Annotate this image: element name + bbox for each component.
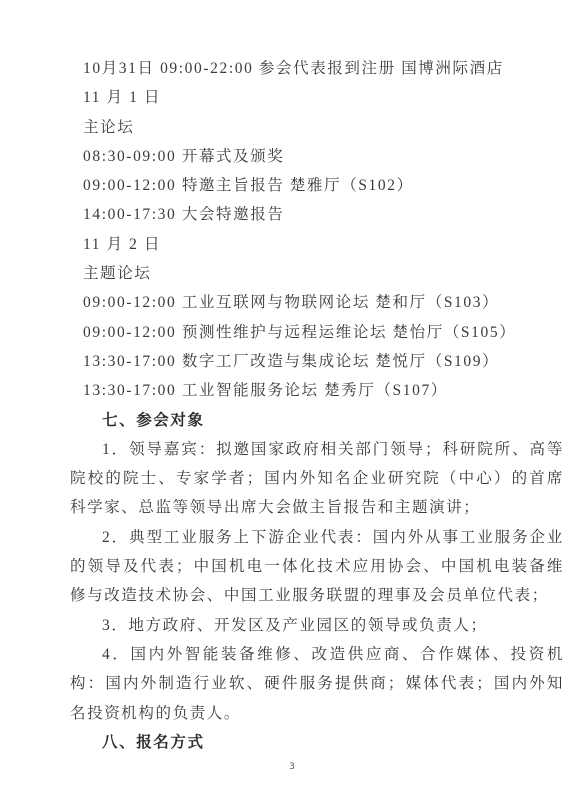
schedule-line: 08:30-09:00 开幕式及颁奖 xyxy=(70,142,564,171)
paragraph: 3．地方政府、开发区及产业园区的领导或负责人； xyxy=(70,611,564,640)
page-number: 3 xyxy=(0,762,584,772)
document-page: 10月31日 09:00-22:00 参会代表报到注册 国博洲际酒店 11 月 … xyxy=(0,0,584,797)
document-content: 10月31日 09:00-22:00 参会代表报到注册 国博洲际酒店 11 月 … xyxy=(70,54,564,757)
schedule-line: 11 月 1 日 xyxy=(70,83,564,112)
schedule-line: 09:00-12:00 工业互联网与物联网论坛 楚和厅（S103） xyxy=(70,288,564,317)
schedule-line: 主论坛 xyxy=(70,113,564,142)
schedule-line: 10月31日 09:00-22:00 参会代表报到注册 国博洲际酒店 xyxy=(70,54,564,83)
schedule-line: 11 月 2 日 xyxy=(70,230,564,259)
schedule-line: 13:30-17:00 工业智能服务论坛 楚秀厅（S107） xyxy=(70,376,564,405)
schedule-line: 09:00-12:00 预测性维护与远程运维论坛 楚怡厅（S105） xyxy=(70,318,564,347)
schedule-line: 09:00-12:00 特邀主旨报告 楚雅厅（S102） xyxy=(70,171,564,200)
schedule-line: 13:30-17:00 数字工厂改造与集成论坛 楚悦厅（S109） xyxy=(70,347,564,376)
section-heading-attendees: 七、参会对象 xyxy=(70,406,564,435)
schedule-line: 主题论坛 xyxy=(70,259,564,288)
paragraph: 2．典型工业服务上下游企业代表：国内外从事工业服务企业的领导及代表；中国机电一体… xyxy=(70,523,564,611)
schedule-line: 14:00-17:30 大会特邀报告 xyxy=(70,200,564,229)
paragraph: 1．领导嘉宾：拟邀国家政府相关部门领导；科研院所、高等院校的院士、专家学者；国内… xyxy=(70,435,564,523)
paragraph: 4．国内外智能装备维修、改造供应商、合作媒体、投资机构：国内外制造行业软、硬件服… xyxy=(70,640,564,728)
section-heading-registration: 八、报名方式 xyxy=(70,728,564,757)
